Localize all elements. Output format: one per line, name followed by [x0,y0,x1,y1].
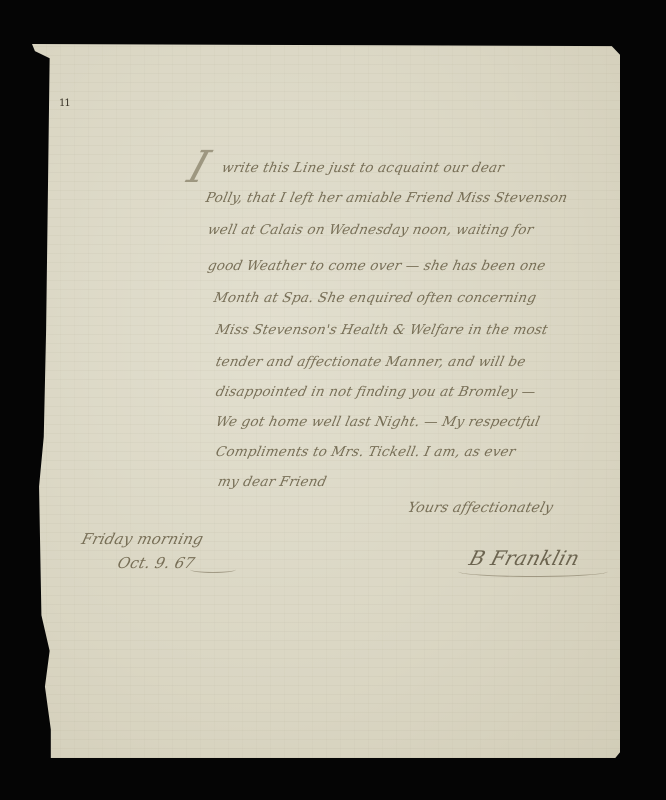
body-line-3: well at Calais on Wednesday noon, waitin… [206,222,535,238]
signature-flourish [458,566,608,577]
dateline-day: Friday morning [80,530,206,548]
body-line-10: Compliments to Mrs. Tickell. I am, as ev… [214,444,517,460]
body-line-6: Miss Stevenson's Health & Welfare in the… [214,322,549,338]
body-line-7: tender and affectionate Manner, and will… [214,354,527,370]
closing-phrase: Yours affectionately [406,500,555,516]
date-flourish [190,566,236,573]
body-line-4: good Weather to come over — she has been… [206,258,547,274]
body-line-8: disappointed in not finding you at Broml… [214,384,537,400]
letter-paper [32,44,620,758]
body-line-5: Month at Spa. She enquired often concern… [212,290,538,306]
body-line-1: write this Line just to acquaint our dea… [220,160,505,176]
body-line-9: We got home well last Night. — My respec… [214,414,541,430]
body-line-11: my dear Friend [216,474,328,490]
body-line-2: Polly, that I left her amiable Friend Mi… [204,190,569,206]
folio-number: 11 [59,98,70,109]
dateline-date: Oct. 9. 67 [116,554,197,572]
photo-frame: 11 I write this Line just to acquaint ou… [0,0,666,800]
